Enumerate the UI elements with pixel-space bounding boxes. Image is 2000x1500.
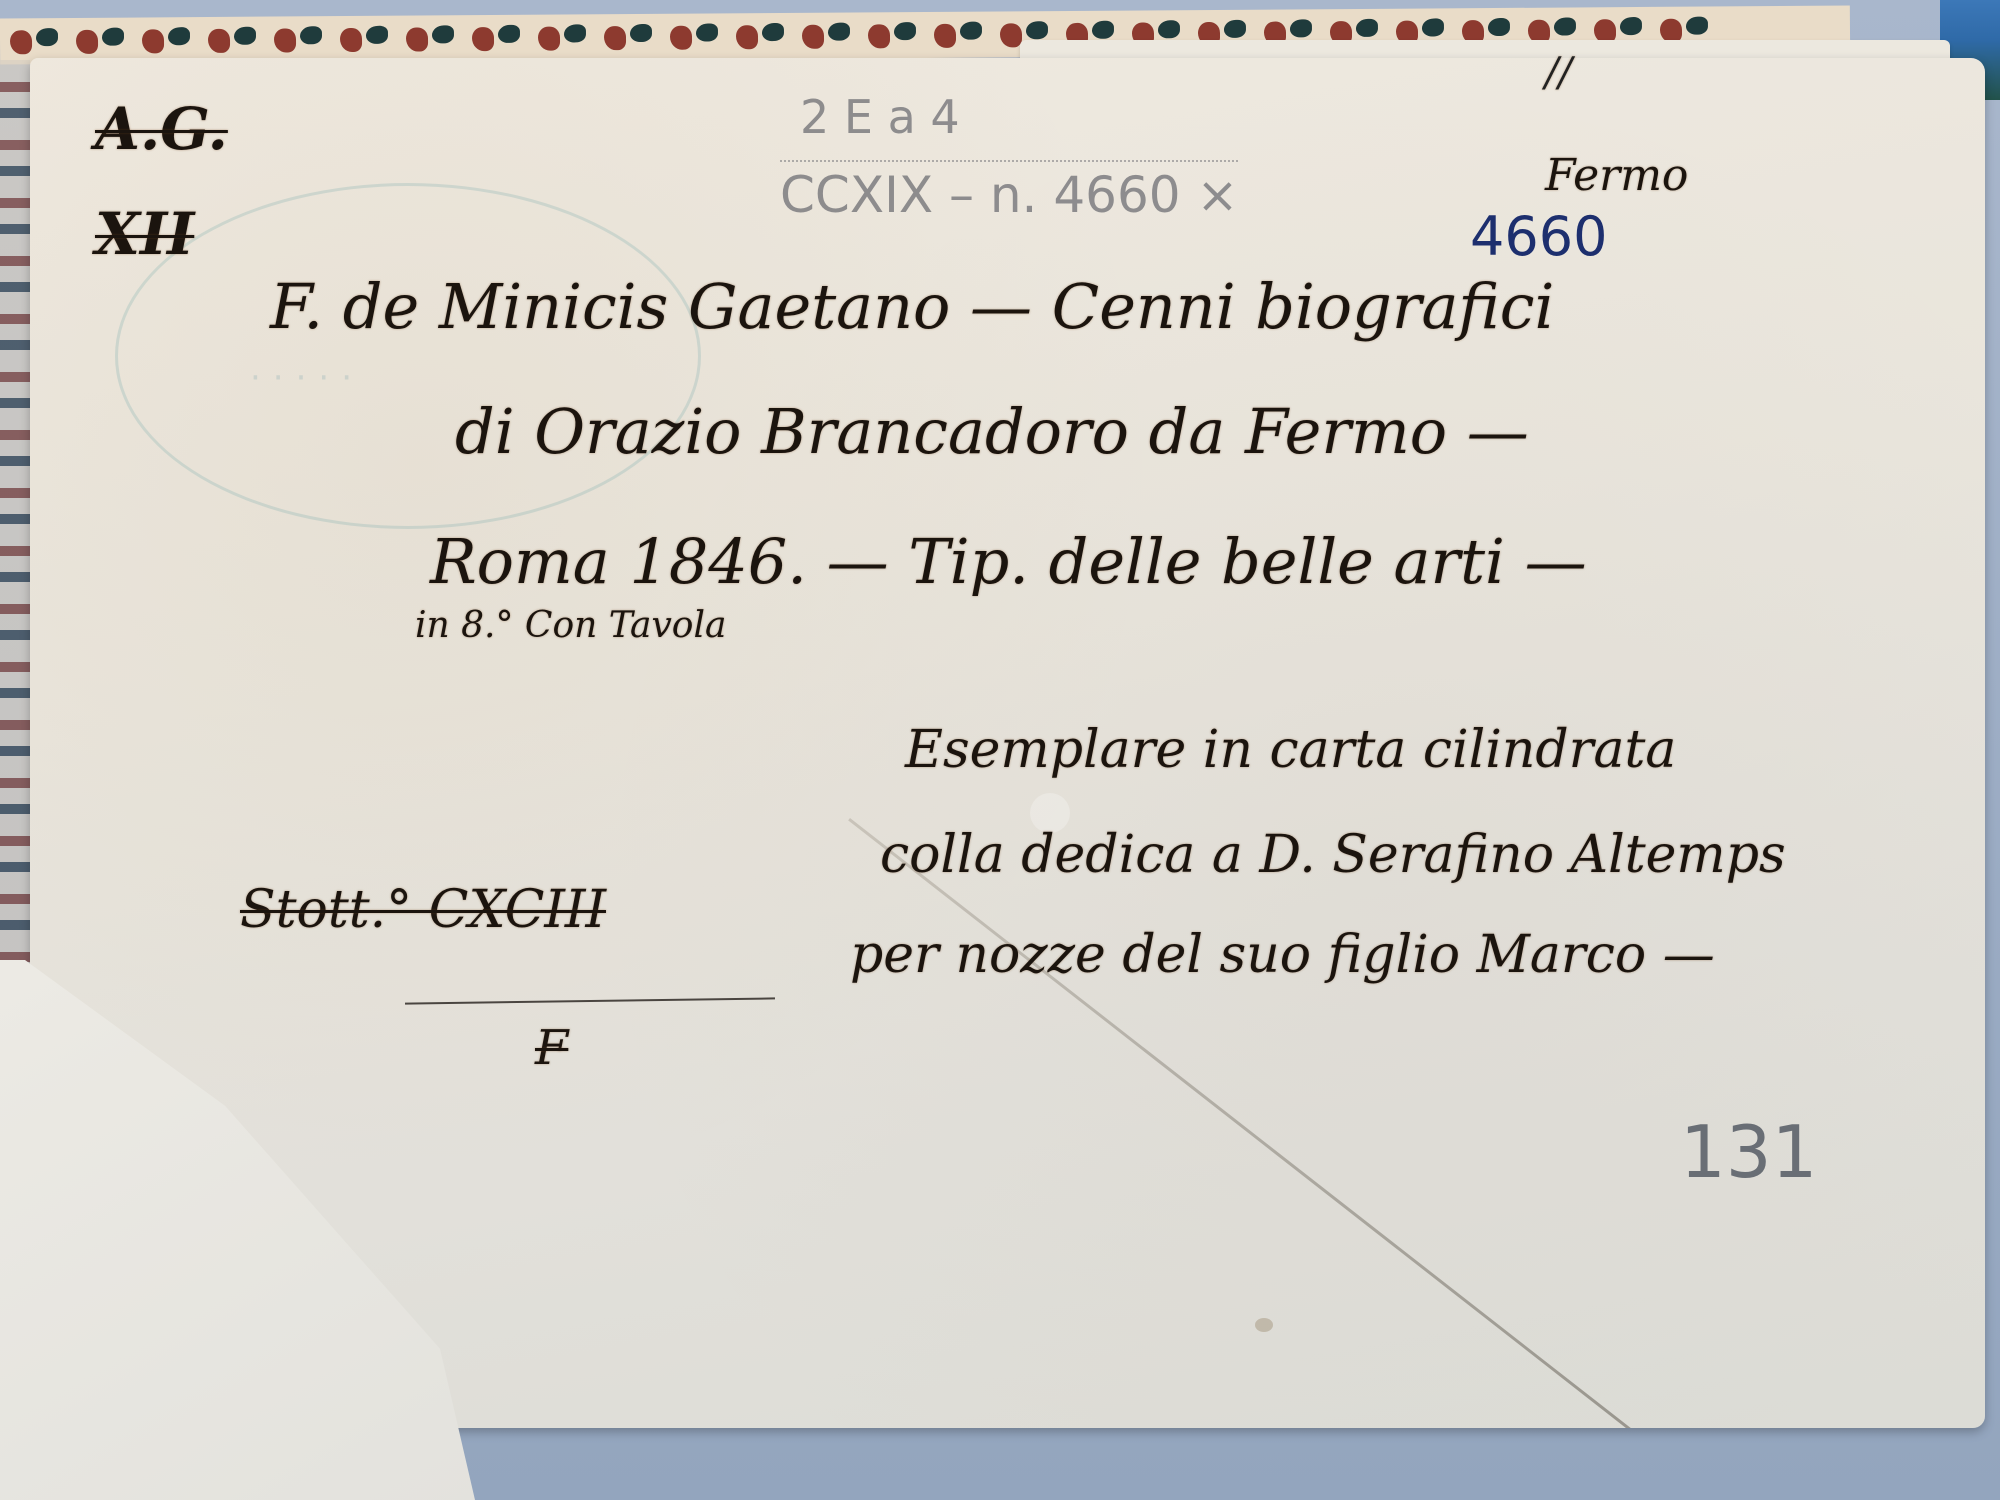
faded-oval-stamp (115, 183, 701, 529)
floral-motif-icon (736, 21, 784, 51)
floral-motif-icon (142, 25, 190, 55)
floral-motif-icon (208, 25, 256, 55)
pencil-annotation-top: 2 E a 4 (800, 90, 960, 144)
copy-note-line-3: per nozze del suo figlio Marco — (850, 925, 1715, 985)
copy-note-line-2: colla dedica a D. Serafino Altemps (880, 825, 1786, 885)
stamp-text: ····· (250, 358, 364, 398)
entry-line-author-title: F. de Minicis Gaetano — Cenni biografici (270, 270, 1554, 343)
location-number: 4660 (1470, 205, 1607, 268)
page-number: 131 (1680, 1110, 1817, 1194)
location-city: Fermo (1545, 150, 1688, 201)
floral-motif-icon (76, 26, 124, 56)
struck-mark-below-rule: F (535, 1020, 568, 1076)
floral-motif-icon (472, 23, 520, 53)
floral-motif-icon (538, 22, 586, 52)
struck-shelfmark-second: XII (95, 200, 194, 268)
entry-line-format: in 8.° Con Tavola (415, 605, 726, 646)
floral-motif-icon (340, 24, 388, 54)
entry-line-subject: di Orazio Brancadoro da Fermo — (455, 395, 1529, 468)
floral-motif-icon (670, 21, 718, 51)
floral-motif-icon (868, 20, 916, 50)
floral-motif-icon (604, 22, 652, 52)
floral-motif-icon (10, 26, 58, 56)
pin-hole (1255, 1318, 1273, 1332)
pencil-annotation-callnumber: CCXIX – n. 4660 × (780, 160, 1238, 224)
struck-shelfmark-top: A.G. (95, 95, 228, 163)
tick-mark: // (1545, 50, 1572, 96)
entry-line-imprint: Roma 1846. — Tip. delle belle arti — (430, 525, 1587, 598)
struck-old-shelfmark: Stott.° CXCIII (240, 880, 606, 940)
floral-motif-icon (406, 23, 454, 53)
decorative-left-edge (0, 60, 30, 980)
floral-motif-icon (934, 20, 982, 50)
floral-motif-icon (802, 21, 850, 51)
copy-note-line-1: Esemplare in carta cilindrata (905, 720, 1676, 780)
floral-motif-icon (274, 24, 322, 54)
